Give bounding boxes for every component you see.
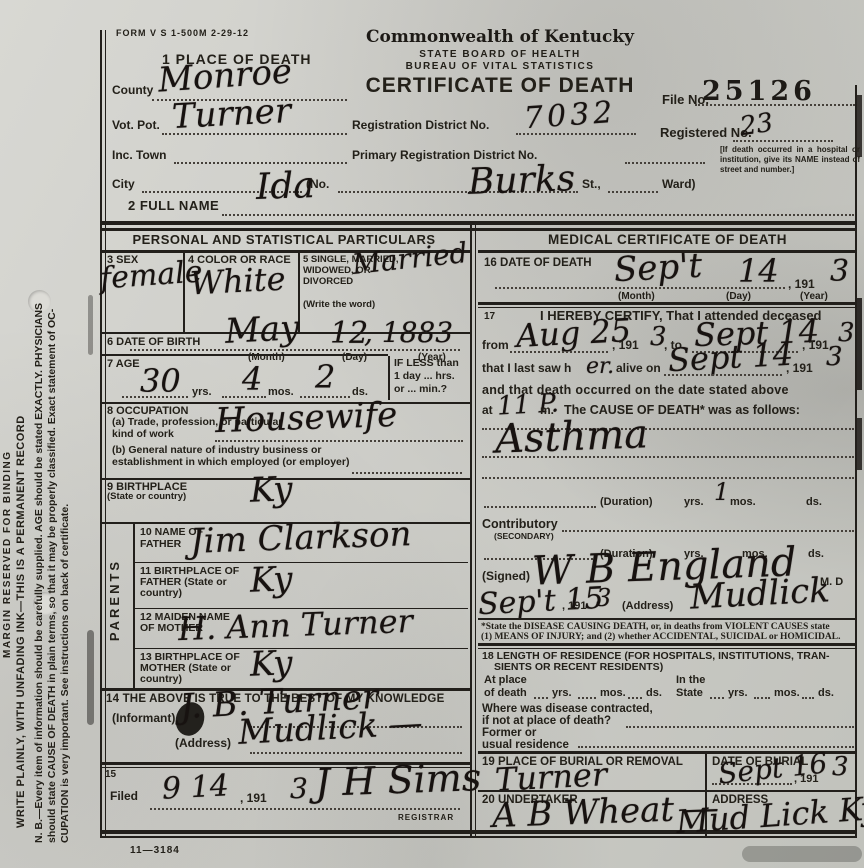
- dotted-leader: [664, 374, 782, 376]
- if-less-line3: or ... min.?: [394, 384, 447, 396]
- filed-label: Filed: [110, 790, 138, 803]
- ward-label: Ward): [662, 178, 696, 191]
- full-name-last-value: Burks: [467, 158, 576, 203]
- residence-yrs-unit-2: yrs.: [728, 687, 748, 699]
- informant-label: (Informant): [112, 712, 175, 725]
- birthplace-value: Ky: [249, 469, 293, 510]
- column-divider-outer: [470, 221, 472, 838]
- informant-address-label: (Address): [175, 737, 231, 750]
- column-divider-inner: [475, 221, 476, 838]
- residence-ds-unit-2: ds.: [818, 687, 834, 699]
- last-seen-year-digit: 3: [826, 342, 843, 372]
- registration-district-value: 7032: [523, 95, 618, 136]
- at-label: at: [482, 404, 493, 417]
- residence-mos-unit-1: mos.: [600, 687, 626, 699]
- date-of-death-year-printed: , 191: [788, 278, 815, 291]
- margin-binding-note: MARGIN RESERVED FOR BINDING: [2, 328, 13, 658]
- dob-year-value: , 1883: [364, 316, 453, 349]
- death-certificate-scan: MARGIN RESERVED FOR BINDING WRITE PLAINL…: [0, 0, 864, 868]
- vot-pot-label: Vot. Pot.: [112, 119, 160, 132]
- edge-mark: [856, 298, 862, 390]
- full-name-label: 2 FULL NAME: [128, 199, 219, 213]
- last-seen-year-printed: , 191: [786, 362, 813, 375]
- informant-address-value: Mudlick —: [237, 703, 424, 753]
- margin-nb-line1: N. B.—Every item of information should b…: [33, 31, 46, 843]
- dotted-leader: [626, 726, 854, 728]
- dotted-leader: [608, 191, 658, 193]
- father-birthplace-value: Ky: [249, 559, 293, 600]
- filed-year-printed: , 191: [240, 792, 267, 805]
- date-of-death-day: 14: [738, 252, 779, 290]
- rule: [478, 302, 857, 305]
- hospital-instruction-note: [If death occurred in a hospital or inst…: [720, 145, 860, 175]
- registrar-signature: J H Sims: [314, 755, 482, 805]
- street-label: St.,: [582, 178, 601, 191]
- signed-year-printed: , 191: [562, 600, 586, 612]
- of-death-label: of death: [484, 687, 527, 699]
- parents-cell-divider: [133, 522, 135, 688]
- mother-name-value: H. Ann Turner: [177, 602, 413, 648]
- former-label-line2: usual residence: [482, 739, 569, 752]
- dod-day-sublabel: (Day): [726, 291, 751, 302]
- residence-label-line2: SIENTS OR RECENT RESIDENTS): [494, 662, 663, 674]
- dotted-leader: [710, 697, 724, 699]
- mother-birthplace-value: Ky: [249, 643, 293, 684]
- residence-yrs-unit-1: yrs.: [552, 687, 572, 699]
- dotted-leader: [510, 351, 608, 353]
- fold-shadow: [87, 630, 94, 725]
- age-label: 7 AGE: [107, 358, 140, 370]
- dotted-leader: [534, 697, 548, 699]
- form-code: FORM V S 1-500M 2-29-12: [116, 29, 249, 39]
- dotted-leader: [130, 349, 460, 351]
- birthplace-note: (State or country): [107, 492, 186, 502]
- mother-birthplace-label: 13 BIRTHPLACE OF MOTHER (State or countr…: [140, 652, 252, 685]
- dotted-leader: [562, 530, 854, 532]
- left-border-inner: [105, 30, 106, 838]
- vot-pot-value: Turner: [171, 91, 292, 137]
- dotted-leader: [150, 808, 460, 810]
- medical-section-title: MEDICAL CERTIFICATE OF DEATH: [478, 233, 857, 248]
- dod-year-sublabel: (Year): [800, 291, 828, 302]
- dotted-leader: [712, 783, 792, 785]
- attended-from-label: from: [482, 339, 509, 352]
- burial-year-digit: 3: [832, 752, 849, 782]
- signed-address-value: Mudlick: [689, 570, 831, 617]
- fold-shadow: [88, 295, 93, 355]
- at-place-label: At place: [484, 674, 527, 686]
- duration-yrs-unit-1: yrs.: [684, 496, 704, 508]
- rule: [133, 562, 468, 563]
- registered-no-label: Registered No.: [660, 126, 752, 140]
- dotted-leader: [482, 456, 854, 458]
- last-saw-her-hw: er.: [586, 354, 614, 379]
- color-race-value: White: [189, 260, 286, 303]
- commonwealth-heading: Commonwealth of Kentucky: [350, 27, 650, 47]
- dotted-leader: [122, 396, 188, 398]
- margin-nb-note: N. B.—Every item of information should b…: [33, 31, 72, 843]
- left-border-outer: [100, 30, 102, 838]
- header-separator-bar1: [100, 221, 857, 225]
- residence-ds-unit-1: ds.: [646, 687, 662, 699]
- age-months-value: 4: [242, 360, 262, 398]
- dotted-leader: [754, 697, 770, 699]
- attended-to-year-printed: , 191: [802, 339, 829, 352]
- date-of-death-label: 16 DATE OF DEATH: [484, 257, 592, 270]
- parents-group-label: PARENTS: [108, 535, 122, 665]
- former-label-line1: Former or: [482, 727, 536, 740]
- margin-nb-line3: CUPATION is very important. See instruct…: [59, 31, 72, 843]
- dob-month-value: May: [224, 308, 300, 352]
- date-of-death-year-digit: 3: [830, 254, 849, 289]
- duration-ds-unit-1: ds.: [806, 496, 822, 508]
- rule: [478, 618, 857, 620]
- duration-label-1: (Duration): [600, 496, 653, 508]
- in-the-label: In the: [676, 674, 705, 686]
- signed-address-label: (Address): [622, 600, 673, 612]
- county-label: County: [112, 84, 153, 97]
- attended-from-year-printed: , 191: [612, 339, 639, 352]
- state-label: State: [676, 687, 703, 699]
- margin-nb-line2: should state CAUSE OF DEATH in plain ter…: [46, 31, 59, 843]
- inc-town-label: Inc. Town: [112, 149, 166, 162]
- dotted-leader: [578, 697, 596, 699]
- duration-ds-unit-2: ds.: [808, 548, 824, 560]
- bureau-heading: BUREAU OF VITAL STATISTICS: [350, 61, 650, 72]
- residence-mos-unit-2: mos.: [774, 687, 800, 699]
- contracted-label-line1: Where was disease contracted,: [482, 703, 653, 716]
- dotted-leader: [250, 752, 462, 754]
- bottom-smear: [742, 846, 862, 862]
- plate-code: 11—3184: [130, 845, 180, 856]
- dotted-leader: [215, 440, 463, 442]
- contracted-label-line2: if not at place of death?: [482, 715, 611, 728]
- age-days-value: 2: [315, 358, 335, 396]
- last-saw-text: that I last saw h: [482, 362, 571, 375]
- if-less-line2: 1 day ... hrs.: [394, 371, 455, 383]
- duration-mos-unit-1: mos.: [730, 496, 756, 508]
- if-less-line1: IF LESS than: [394, 358, 459, 370]
- dotted-leader: [733, 140, 833, 142]
- dotted-leader: [222, 214, 854, 216]
- filed-date-value: 9 14: [161, 768, 230, 806]
- registration-district-label: Registration District No.: [352, 119, 489, 132]
- header-separator-bar2: [100, 228, 857, 231]
- margin-permanent-record-note: WRITE PLAINLY, WITH UNFADING INK—THIS IS…: [15, 283, 27, 828]
- dotted-leader: [495, 287, 785, 289]
- dotted-leader: [222, 396, 266, 398]
- dotted-leader: [484, 506, 596, 508]
- item-15-number: 15: [105, 769, 116, 780]
- file-no-value: 25126: [702, 76, 816, 107]
- rule: [133, 648, 468, 649]
- rule: [478, 648, 857, 649]
- rule: [478, 643, 857, 646]
- date-of-death-month: Sep't: [613, 246, 703, 291]
- age-yrs-unit: yrs.: [192, 386, 212, 398]
- father-birthplace-label: 11 BIRTHPLACE OF FATHER (State or countr…: [140, 566, 252, 599]
- dotted-leader: [625, 162, 705, 164]
- alive-on-label: alive on: [616, 362, 661, 375]
- cause-footnote-line2: (1) MEANS OF INJURY; and (2) whether ACC…: [481, 632, 840, 642]
- dotted-leader: [628, 697, 642, 699]
- registrar-label: REGISTRAR: [398, 814, 454, 823]
- dotted-leader: [174, 162, 347, 164]
- dotted-leader: [802, 697, 814, 699]
- signed-label: (Signed): [482, 570, 530, 583]
- edge-mark: [857, 418, 862, 470]
- dob-label: 6 DATE OF BIRTH: [107, 336, 200, 348]
- item-17-number: 17: [484, 311, 495, 322]
- contributory-label: Contributory: [482, 518, 558, 532]
- cause-footnote-line1: *State the DISEASE CAUSING DEATH, or, in…: [481, 622, 830, 632]
- duration-months-value: 1: [714, 478, 729, 506]
- right-border: [855, 85, 857, 838]
- cause-of-death-value: Asthma: [494, 411, 649, 462]
- state-board-heading: STATE BOARD OF HEALTH: [350, 49, 650, 60]
- dotted-leader: [352, 472, 462, 474]
- signed-year-digit: 3: [596, 584, 611, 612]
- secondary-label: (SECONDARY): [494, 532, 554, 541]
- age-mos-unit: mos.: [268, 386, 294, 398]
- occupation-b-label: (b) General nature of industry business …: [112, 444, 350, 468]
- marital-note: (Write the word): [303, 300, 375, 310]
- age-years-value: 30: [140, 362, 181, 400]
- filed-year-digit: 3: [290, 772, 308, 805]
- registered-no-value: 23: [738, 108, 775, 142]
- rule: [100, 354, 388, 356]
- father-name-value: Jim Clarkson: [189, 514, 412, 562]
- dotted-leader: [695, 104, 855, 106]
- certificate-title: CERTIFICATE OF DEATH: [340, 74, 660, 97]
- dob-day-value: 12: [330, 316, 368, 351]
- if-less-box: IF LESS than 1 day ... hrs. or ... min.?: [388, 356, 466, 400]
- burial-year-printed: , 191: [794, 773, 818, 785]
- occupation-a-value: Housewife: [214, 395, 398, 441]
- full-name-first-value: Ida: [255, 165, 315, 208]
- city-label: City: [112, 178, 135, 191]
- last-seen-date-value: Sept 14: [667, 335, 794, 379]
- dod-month-sublabel: (Month): [618, 291, 655, 302]
- dotted-leader: [482, 477, 854, 479]
